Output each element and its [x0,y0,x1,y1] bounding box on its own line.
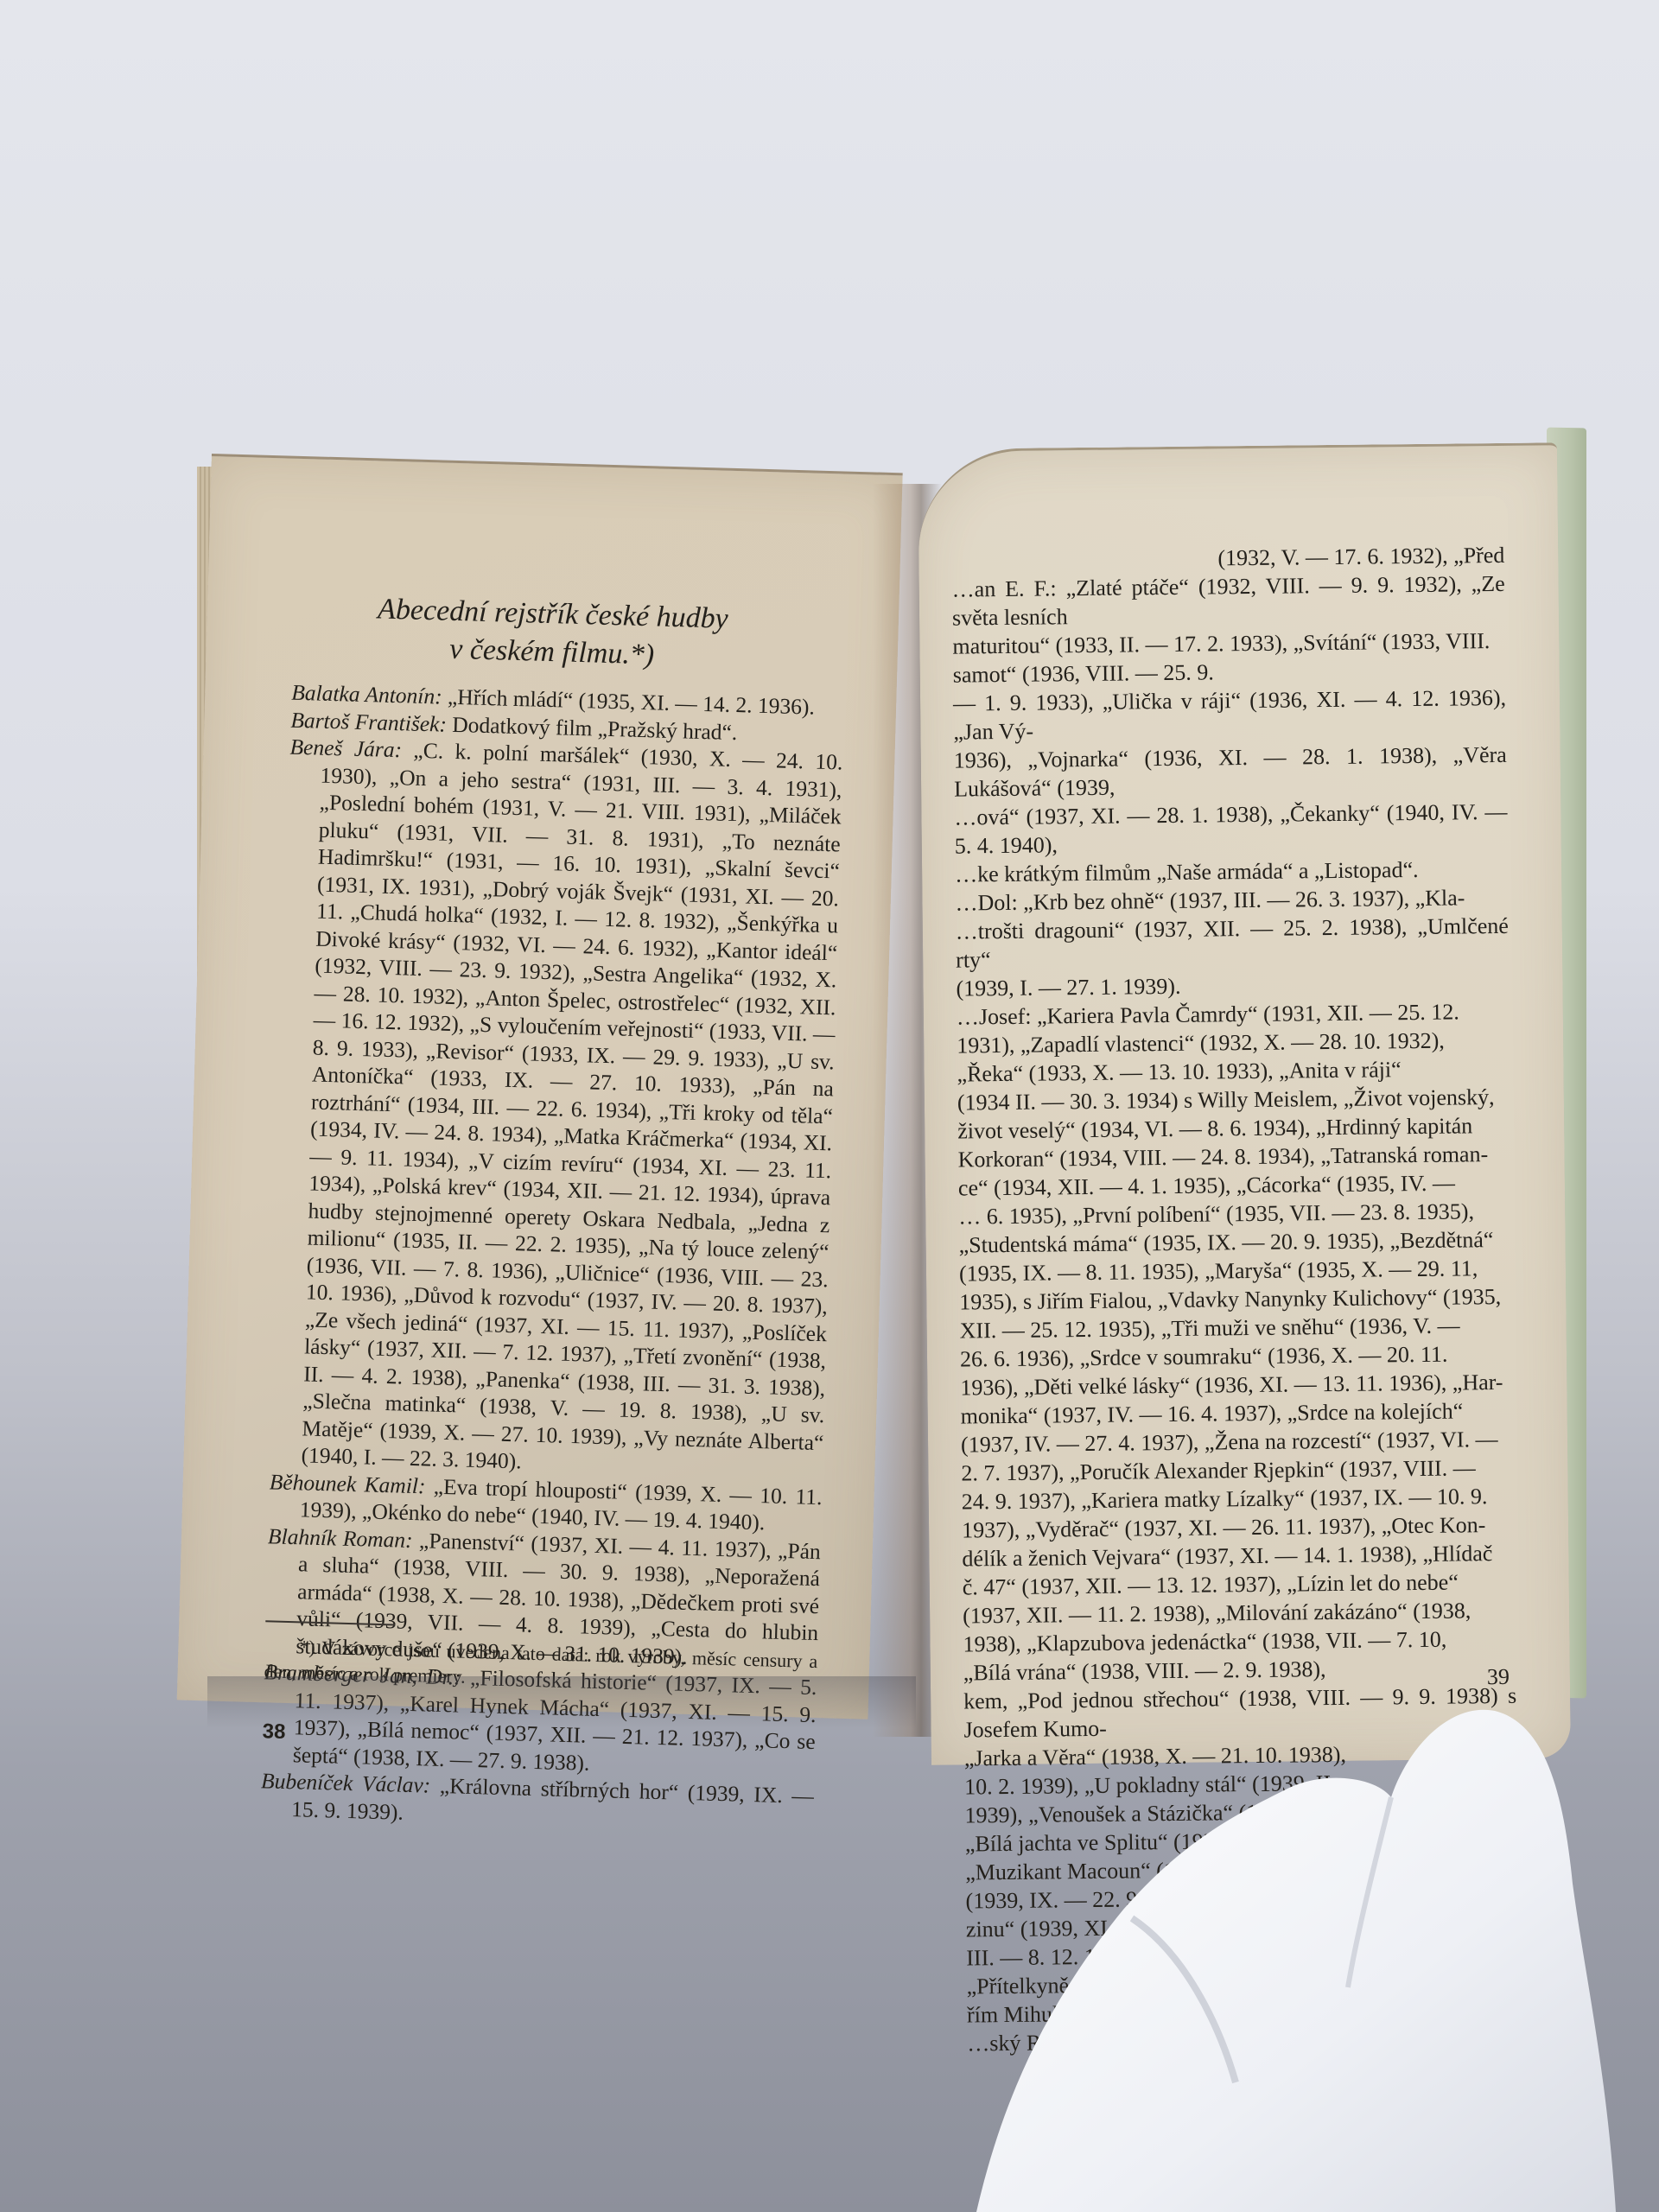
index-entry: Beneš Jára: „C. k. polní maršálek“ (1930… [270,734,842,1484]
text-line: maturitou“ (1933, II. — 17. 2. 1933), „S… [952,626,1505,661]
composer-name: Blahník Roman: [268,1523,413,1553]
composer-name: Bubeníček Václav: [261,1768,431,1797]
text-line: …trošti dragouni“ (1937, XII. — 25. 2. 1… [956,912,1510,975]
left-page: Abecední rejstřík české hudby v českém f… [177,454,903,1719]
text-line: 1931), „Zapadlí vlastenci“ (1932, X. — 2… [957,1026,1510,1060]
text-line: …ová“ (1937, XI. — 28. 1. 1938), „Čekank… [954,798,1508,861]
index-heading: Abecední rejstřík české hudby v českém f… [206,586,899,681]
white-glove-hand [925,1694,1659,2212]
page-shadow [207,1676,916,1728]
text-line: — 1. 9. 1933), „Ulička v ráji“ (1936, XI… [953,683,1507,747]
page-number-right: 39 [1487,1664,1510,1690]
text-line: …an E. F.: „Zlaté ptáče“ (1932, VIII. — … [952,569,1506,632]
composer-name: Balatka Antonín: [291,680,442,709]
composer-name: Beneš Jára: [289,734,402,763]
open-book: Abecední rejstřík české hudby v českém f… [0,0,1659,2212]
entry-films: „C. k. polní maršálek“ (1930, X. — 24. 1… [301,737,842,1473]
composer-name: Běhounek Kamil: [269,1469,425,1498]
text-line: 1936), „Vojnarka“ (1936, XI. — 28. 1. 19… [954,741,1508,804]
text-line: 1938), „Klapzubova jedenáctka“ (1938, VI… [963,1624,1516,1659]
composer-name: Bartoš František: [290,707,447,736]
right-page: (1932, V. — 17. 6. 1932), „Před …an E. F… [918,442,1571,1765]
